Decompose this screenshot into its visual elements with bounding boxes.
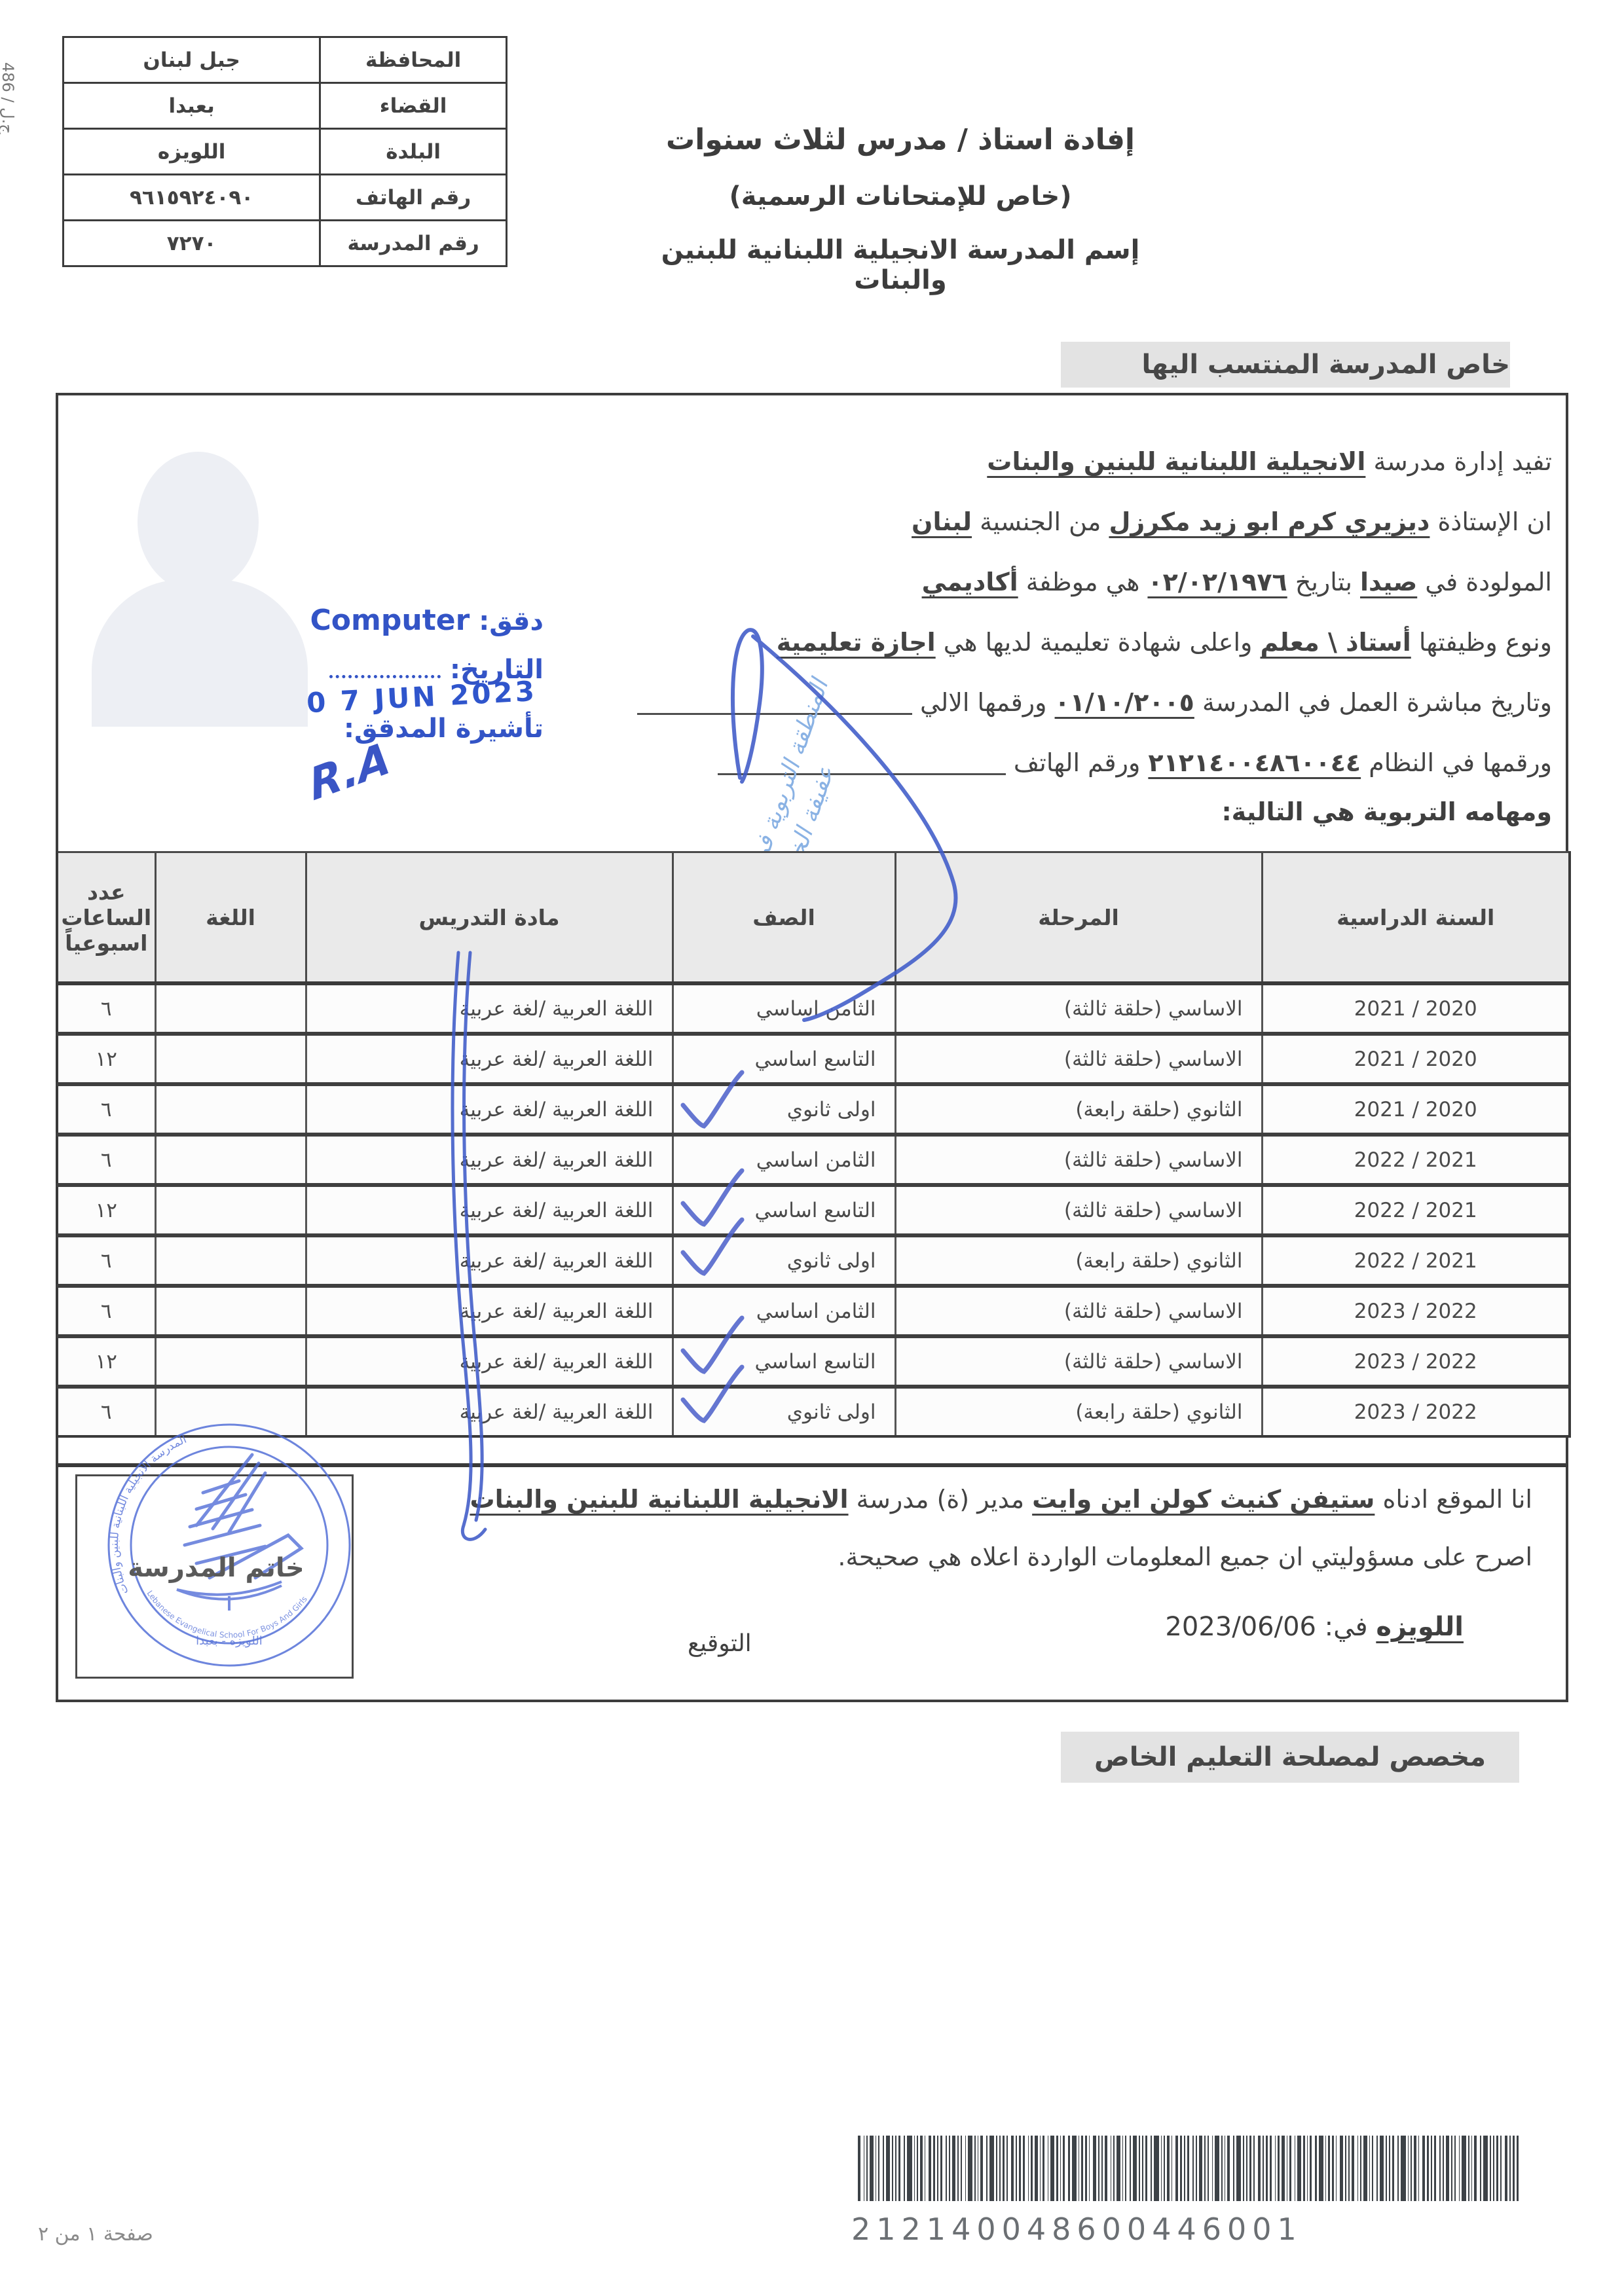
barcode-bar xyxy=(1048,2136,1048,2201)
barcode-bar xyxy=(1101,2136,1103,2201)
body-text: بتاريخ xyxy=(1287,568,1360,596)
duty-stage: الاساسي (حلقة ثالثة) xyxy=(895,1034,1262,1084)
barcode-bar xyxy=(940,2136,942,2201)
barcode-bar xyxy=(1011,2136,1014,2201)
duty-stage: الثانوي (حلقة رابعة) xyxy=(895,1387,1262,1436)
barcode-bar xyxy=(1161,2136,1162,2201)
barcode-bar xyxy=(1462,2136,1466,2201)
page-title: إفادة استاذ / مدرس لثلاث سنوات xyxy=(638,123,1162,156)
barcode-bar xyxy=(1459,2136,1460,2201)
barcode-bar xyxy=(1212,2136,1213,2201)
barcode-bar xyxy=(1418,2136,1419,2201)
barcode-bar xyxy=(1060,2136,1061,2201)
duties-table: السنة الدراسية المرحلة الصف مادة التدريس… xyxy=(56,851,1571,1438)
barcode-bar xyxy=(980,2136,983,2201)
duty-hours: ٦ xyxy=(57,1286,155,1336)
barcode-bar xyxy=(1500,2136,1502,2201)
col-grade: الصف xyxy=(673,852,895,984)
barcode-bar xyxy=(1376,2136,1378,2201)
barcode-bar xyxy=(946,2136,947,2201)
duty-grade: الثامن اساسي xyxy=(673,1135,895,1185)
col-subject: مادة التدريس xyxy=(306,852,673,984)
col-language: اللغة xyxy=(155,852,306,984)
barcode-bar xyxy=(1175,2136,1178,2201)
duty-year: 2020 / 2021 xyxy=(1262,983,1570,1034)
title-block: إفادة استاذ / مدرس لثلاث سنوات (خاص للإم… xyxy=(638,123,1162,295)
barcode-bar xyxy=(1483,2136,1488,2201)
duty-stage: الاساسي (حلقة ثالثة) xyxy=(895,1286,1262,1336)
phone-blank xyxy=(718,746,1006,775)
barcode-bar xyxy=(961,2136,962,2201)
scanned-document-page: { "info_table": { "rows": [ {"label": "ا… xyxy=(0,0,1624,2296)
barcode-bar xyxy=(1105,2136,1107,2201)
barcode-bar xyxy=(1246,2136,1247,2201)
body-text: المولودة في xyxy=(1417,568,1552,596)
duty-stage: الاساسي (حلقة ثالثة) xyxy=(895,1336,1262,1387)
barcode-bar xyxy=(1360,2136,1361,2201)
barcode-bar xyxy=(1116,2136,1120,2201)
barcode-bar xyxy=(1113,2136,1115,2201)
barcode-bar xyxy=(1263,2136,1264,2201)
col-year: السنة الدراسية xyxy=(1262,852,1570,984)
district-label: القضاء xyxy=(320,83,507,129)
barcode-bar xyxy=(1454,2136,1456,2201)
barcode-bar xyxy=(1145,2136,1147,2201)
barcode-bar xyxy=(1208,2136,1209,2201)
body-text: ونوع وظيفتها xyxy=(1411,628,1552,657)
duty-hours: ١٢ xyxy=(57,1034,155,1084)
barcode-bar xyxy=(1043,2136,1044,2201)
barcode-bar xyxy=(1035,2136,1038,2201)
barcode-bar xyxy=(1167,2136,1170,2201)
duty-subject: اللغة العربية /لغة عربية xyxy=(306,1235,673,1286)
duty-stage: الاساسي (حلقة ثالثة) xyxy=(895,1135,1262,1185)
barcode-bar xyxy=(1345,2136,1346,2201)
barcode-bar xyxy=(1380,2136,1384,2201)
school-name-value: الانجيلية اللبنانية للبنين والبنات xyxy=(987,447,1365,476)
barcode-bar xyxy=(1172,2136,1172,2201)
barcode xyxy=(858,2136,1526,2201)
col-hours: عدد الساعات اسبوعياً xyxy=(57,852,155,984)
duty-row: 2022 / 2023الاساسي (حلقة ثالثة)الثامن اس… xyxy=(57,1286,1570,1336)
barcode-bar xyxy=(1125,2136,1126,2201)
barcode-bar xyxy=(1386,2136,1387,2201)
barcode-bar xyxy=(1081,2136,1083,2201)
page-number: صفحة ١ من ٢ xyxy=(38,2223,153,2246)
barcode-bar xyxy=(1023,2136,1025,2201)
barcode-bar xyxy=(1389,2136,1390,2201)
barcode-bar xyxy=(1199,2136,1202,2201)
barcode-bar xyxy=(1517,2136,1519,2201)
barcode-bar xyxy=(1372,2136,1373,2201)
duty-year: 2020 / 2021 xyxy=(1262,1084,1570,1135)
start-date-value: ٠١/١٠/٢٠٠٥ xyxy=(1055,688,1194,717)
decl-school-name: الانجيلية اللبنانية للبنين والبنات xyxy=(470,1485,848,1514)
barcode-bar xyxy=(1509,2136,1511,2201)
duty-subject: اللغة العربية /لغة عربية xyxy=(306,1185,673,1235)
barcode-bar xyxy=(1289,2136,1291,2201)
duty-language xyxy=(155,1084,306,1135)
barcode-bar xyxy=(1397,2136,1399,2201)
barcode-bar xyxy=(1480,2136,1481,2201)
barcode-bar xyxy=(1369,2136,1370,2201)
barcode-bar xyxy=(1031,2136,1033,2201)
barcode-bar xyxy=(1258,2136,1261,2201)
duty-grade: الثامن اساسي xyxy=(673,983,895,1034)
barcode-bar xyxy=(1221,2136,1223,2201)
duty-subject: اللغة العربية /لغة عربية xyxy=(306,1387,673,1436)
duty-grade: التاسع اساسي xyxy=(673,1034,895,1084)
duty-subject: اللغة العربية /لغة عربية xyxy=(306,1286,673,1336)
declaration-date: اللويزه في: 2023/06/06 xyxy=(1165,1612,1464,1642)
barcode-bar xyxy=(1451,2136,1452,2201)
barcode-bar xyxy=(996,2136,997,2201)
barcode-bar xyxy=(1303,2136,1305,2201)
duty-language xyxy=(155,1185,306,1235)
barcode-bar xyxy=(1227,2136,1230,2201)
allocation-note: مخصص لمصلحة التعليم الخاص xyxy=(1061,1732,1519,1783)
duty-year: 2022 / 2023 xyxy=(1262,1336,1570,1387)
duty-year: 2022 / 2023 xyxy=(1262,1286,1570,1336)
barcode-bar xyxy=(1392,2136,1394,2201)
barcode-bar xyxy=(1063,2136,1065,2201)
barcode-bar xyxy=(886,2136,890,2201)
barcode-bar xyxy=(1287,2136,1287,2201)
barcode-bar xyxy=(1336,2136,1337,2201)
duty-year: 2021 / 2022 xyxy=(1262,1135,1570,1185)
barcode-bar xyxy=(864,2136,864,2201)
barcode-bar xyxy=(1196,2136,1197,2201)
barcode-number: 212140048600446001 xyxy=(851,2212,1297,2247)
barcode-bar xyxy=(1422,2136,1425,2201)
nationality-value: لبنان xyxy=(912,507,972,536)
margin-reference-code: 486 / ج.ل xyxy=(0,62,17,134)
barcode-bar xyxy=(866,2136,868,2201)
barcode-bar xyxy=(957,2136,959,2201)
section-heading: خاص المدرسة المنتسب اليها xyxy=(1061,342,1510,388)
barcode-bar xyxy=(1357,2136,1358,2201)
school-number-value: ٧٢٧٠ xyxy=(64,221,320,266)
barcode-bar xyxy=(1187,2136,1189,2201)
duty-hours: ٦ xyxy=(57,1235,155,1286)
barcode-bar xyxy=(1006,2136,1008,2201)
barcode-bar xyxy=(1282,2136,1285,2201)
duty-subject: اللغة العربية /لغة عربية xyxy=(306,1336,673,1387)
duty-hours: ١٢ xyxy=(57,1185,155,1235)
barcode-bar xyxy=(1513,2136,1515,2201)
admin-info-table: المحافظة جبل لبنان القضاء بعبدا البلدة ا… xyxy=(62,36,507,267)
barcode-bar xyxy=(1079,2136,1079,2201)
barcode-bar xyxy=(978,2136,978,2201)
school-seal-stamp: المدرسة الانجيلية اللبنانية للبنين والبن… xyxy=(98,1414,360,1676)
duty-subject: اللغة العربية /لغة عربية xyxy=(306,1034,673,1084)
barcode-bar xyxy=(1236,2136,1241,2201)
barcode-bar xyxy=(1490,2136,1491,2201)
duty-hours: ١٢ xyxy=(57,1336,155,1387)
barcode-bar xyxy=(1431,2136,1432,2201)
barcode-bar xyxy=(1180,2136,1182,2201)
duty-language xyxy=(155,983,306,1034)
barcode-bar xyxy=(925,2136,925,2201)
barcode-bar xyxy=(1164,2136,1165,2201)
barcode-bar xyxy=(1270,2136,1272,2201)
barcode-bar xyxy=(965,2136,966,2201)
barcode-bar xyxy=(878,2136,879,2201)
verified-by-stamp: دقق: Computer xyxy=(310,604,544,637)
barcode-bar xyxy=(1468,2136,1469,2201)
barcode-bar xyxy=(1340,2136,1343,2201)
barcode-bar xyxy=(1133,2136,1137,2201)
barcode-bar xyxy=(1225,2136,1225,2201)
photo-placeholder-head xyxy=(138,452,259,592)
duty-stage: الاساسي (حلقة ثالثة) xyxy=(895,1185,1262,1235)
phone-value: ٩٦١٥٩٢٤٠٩٠ xyxy=(64,175,320,221)
barcode-bar xyxy=(1233,2136,1234,2201)
duty-stage: الثانوي (حلقة رابعة) xyxy=(895,1235,1262,1286)
duty-hours: ٦ xyxy=(57,983,155,1034)
duty-language xyxy=(155,1286,306,1336)
barcode-bar xyxy=(1139,2136,1140,2201)
table-row: البلدة اللويزه xyxy=(64,129,507,175)
barcode-bar xyxy=(1151,2136,1152,2201)
birthdate-value: ٠٢/٠٢/١٩٧٦ xyxy=(1147,568,1287,596)
barcode-bar xyxy=(1184,2136,1185,2201)
duty-year: 2020 / 2021 xyxy=(1262,1034,1570,1084)
duty-stage: الاساسي (حلقة ثالثة) xyxy=(895,983,1262,1034)
barcode-bar xyxy=(1443,2136,1444,2201)
barcode-bar xyxy=(1072,2136,1077,2201)
barcode-bar xyxy=(1056,2136,1058,2201)
barcode-bar xyxy=(907,2136,912,2201)
duty-grade: التاسع اساسي xyxy=(673,1185,895,1235)
barcode-bar xyxy=(1328,2136,1330,2201)
barcode-bar xyxy=(1427,2136,1429,2201)
barcode-bar xyxy=(1249,2136,1251,2201)
barcode-bar xyxy=(920,2136,923,2201)
body-text: واعلى شهادة تعليمية لديها هي xyxy=(936,628,1261,657)
barcode-bar xyxy=(1089,2136,1090,2201)
duty-grade: اولى ثانوي xyxy=(673,1387,895,1436)
job-type-value: أستاذ \ معلم xyxy=(1260,628,1411,657)
declaration-line-2: اصرح على مسؤوليتي ان جميع المعلومات الوا… xyxy=(838,1529,1532,1584)
barcode-bar xyxy=(1297,2136,1301,2201)
duty-row: 2020 / 2021الاساسي (حلقة ثالثة)الثامن اس… xyxy=(57,983,1570,1034)
barcode-bar xyxy=(974,2136,976,2201)
duty-grade: التاسع اساسي xyxy=(673,1336,895,1387)
body-text: تفيد إدارة مدرسة xyxy=(1365,447,1552,476)
barcode-bar xyxy=(1278,2136,1280,2201)
duty-row: 2021 / 2022الاساسي (حلقة ثالثة)الثامن اس… xyxy=(57,1135,1570,1185)
barcode-bar xyxy=(858,2136,860,2201)
body-text: ورقمها الالي xyxy=(912,688,1055,717)
barcode-bar xyxy=(1050,2136,1054,2201)
barcode-bar xyxy=(1348,2136,1350,2201)
barcode-bar xyxy=(1142,2136,1143,2201)
body-text: ورقم الهاتف xyxy=(1006,748,1149,777)
page-subtitle: (خاص للإمتحانات الرسمية) xyxy=(638,181,1162,211)
governorate-value: جبل لبنان xyxy=(64,37,320,83)
barcode-bar xyxy=(1243,2136,1244,2201)
duty-language xyxy=(155,1235,306,1286)
barcode-bar xyxy=(1215,2136,1219,2201)
barcode-bar xyxy=(1493,2136,1494,2201)
barcode-bar xyxy=(1408,2136,1409,2201)
barcode-bar xyxy=(1068,2136,1070,2201)
birthplace-value: صيدا xyxy=(1360,568,1417,596)
barcode-bar xyxy=(1098,2136,1099,2201)
teacher-name-value: ديزيري كرم ابو زيد مكرزل xyxy=(1109,507,1430,536)
decl-statement: اصرح على مسؤوليتي ان جميع المعلومات الوا… xyxy=(838,1542,1532,1571)
barcode-bar xyxy=(1085,2136,1087,2201)
barcode-bar xyxy=(1505,2136,1507,2201)
school-number-label: رقم المدرسة xyxy=(320,221,507,266)
duty-stage: الثانوي (حلقة رابعة) xyxy=(895,1084,1262,1135)
barcode-bar xyxy=(1319,2136,1323,2201)
photo-placeholder-shoulders xyxy=(92,579,308,727)
barcode-bar xyxy=(1434,2136,1436,2201)
barcode-bar xyxy=(1275,2136,1276,2201)
barcode-bar xyxy=(1204,2136,1206,2201)
town-value: اللويزه xyxy=(64,129,320,175)
body-text: من الجنسية xyxy=(972,507,1109,536)
barcode-bar xyxy=(1496,2136,1498,2201)
barcode-bar xyxy=(1363,2136,1367,2201)
table-row: القضاء بعبدا xyxy=(64,83,507,129)
decl-text: انا الموقع ادناه xyxy=(1375,1485,1532,1514)
body-text: هي موظفة xyxy=(1018,568,1148,596)
duty-row: 2022 / 2023الاساسي (حلقة ثالثة)التاسع اس… xyxy=(57,1336,1570,1387)
barcode-bar xyxy=(986,2136,987,2201)
barcode-bar xyxy=(1352,2136,1354,2201)
signature-label: التوقيع xyxy=(688,1630,752,1657)
barcode-bar xyxy=(1122,2136,1123,2201)
table-row: رقم الهاتف ٩٦١٥٩٢٤٠٩٠ xyxy=(64,175,507,221)
duty-hours: ٦ xyxy=(57,1135,155,1185)
barcode-bar xyxy=(870,2136,874,2201)
duty-row: 2021 / 2022الثانوي (حلقة رابعة)اولى ثانو… xyxy=(57,1235,1570,1286)
system-number-value: ٢١٢١٤٠٠٤٨٦٠٠٤٤ xyxy=(1148,748,1361,777)
verified-label: دقق: xyxy=(479,606,544,636)
barcode-bar xyxy=(1439,2136,1441,2201)
barcode-bar xyxy=(876,2136,876,2201)
barcode-bar xyxy=(949,2136,950,2201)
barcode-bar xyxy=(1003,2136,1005,2201)
duty-subject: اللغة العربية /لغة عربية xyxy=(306,983,673,1034)
barcode-bar xyxy=(1401,2136,1406,2201)
governorate-label: المحافظة xyxy=(320,37,507,83)
barcode-bar xyxy=(968,2136,972,2201)
duty-grade: اولى ثانوي xyxy=(673,1084,895,1135)
table-row: رقم المدرسة ٧٢٧٠ xyxy=(64,221,507,266)
duty-grade: الثامن اساسي xyxy=(673,1286,895,1336)
table-header-row: السنة الدراسية المرحلة الصف مادة التدريس… xyxy=(57,852,1570,984)
district-value: بعبدا xyxy=(64,83,320,129)
barcode-bar xyxy=(1307,2136,1308,2201)
seal-english-text: Lebanese Evangelical School For Boys And… xyxy=(145,1589,308,1640)
barcode-bar xyxy=(917,2136,918,2201)
place-value: اللويزه xyxy=(1376,1612,1464,1642)
barcode-bar xyxy=(904,2136,905,2201)
barcode-bar xyxy=(1332,2136,1334,2201)
body-line-teacher: ان الإستاذة ديزيري كرم ابو زيد مكرزل من … xyxy=(912,492,1552,551)
barcode-bar xyxy=(1414,2136,1416,2201)
barcode-bar xyxy=(929,2136,931,2201)
barcode-bar xyxy=(1111,2136,1111,2201)
barcode-bar xyxy=(1028,2136,1029,2201)
duty-year: 2021 / 2022 xyxy=(1262,1235,1570,1286)
barcode-bar xyxy=(1471,2136,1472,2201)
duty-language xyxy=(155,1034,306,1084)
barcode-bar xyxy=(1093,2136,1096,2201)
barcode-bar xyxy=(952,2136,955,2201)
barcode-bar xyxy=(933,2136,935,2201)
duty-year: 2022 / 2023 xyxy=(1262,1387,1570,1436)
duty-row: 2021 / 2022الاساسي (حلقة ثالثة)التاسع اس… xyxy=(57,1185,1570,1235)
barcode-bar xyxy=(1019,2136,1021,2201)
school-stamp-label: خاتم المدرسة xyxy=(98,1553,334,1583)
duty-year: 2021 / 2022 xyxy=(1262,1185,1570,1235)
body-text: ان الإستاذة xyxy=(1430,507,1552,536)
duty-subject: اللغة العربية /لغة عربية xyxy=(306,1084,673,1135)
town-label: البلدة xyxy=(320,129,507,175)
barcode-bar xyxy=(883,2136,884,2201)
barcode-bar xyxy=(1295,2136,1295,2201)
duty-language xyxy=(155,1135,306,1185)
body-line-school: تفيد إدارة مدرسة الانجيلية اللبنانية للب… xyxy=(987,432,1552,491)
dotted-leader xyxy=(329,655,441,678)
barcode-bar xyxy=(1310,2136,1312,2201)
barcode-bar xyxy=(1130,2136,1131,2201)
col-stage: المرحلة xyxy=(895,852,1262,984)
duty-row: 2020 / 2021الاساسي (حلقة ثالثة)التاسع اس… xyxy=(57,1034,1570,1084)
barcode-bar xyxy=(892,2136,893,2201)
school-name-title: إسم المدرسة الانجيلية اللبنانية للبنين و… xyxy=(638,235,1162,295)
decl-text: في: xyxy=(1316,1612,1376,1642)
barcode-bar xyxy=(1325,2136,1326,2201)
duty-language xyxy=(155,1336,306,1387)
barcode-bar xyxy=(1040,2136,1041,2201)
seal-place-text: اللويزه - بعبدا xyxy=(196,1634,263,1648)
body-line-birth: المولودة في صيدا بتاريخ ٠٢/٠٢/١٩٧٦ هي مو… xyxy=(922,553,1552,611)
barcode-bar xyxy=(1253,2136,1255,2201)
phone-label: رقم الهاتف xyxy=(320,175,507,221)
svg-text:Lebanese Evangelical School Fo: Lebanese Evangelical School For Boys And… xyxy=(145,1589,308,1640)
employee-type-value: أكاديمي xyxy=(922,568,1018,596)
duty-subject: اللغة العربية /لغة عربية xyxy=(306,1135,673,1185)
duties-heading: ومهامه التربوية هي التالية: xyxy=(1221,797,1552,826)
open-book-icon xyxy=(177,1582,282,1611)
body-text: ورقمها في النظام xyxy=(1361,748,1552,777)
principal-name-value: ستيفن كنيث كولن اين وايت xyxy=(1032,1485,1375,1514)
barcode-bar xyxy=(898,2136,900,2201)
decl-text: مدير (ة) مدرسة xyxy=(849,1485,1033,1514)
duty-grade: اولى ثانوي xyxy=(673,1235,895,1286)
duty-hours: ٦ xyxy=(57,1084,155,1135)
barcode-bar xyxy=(1474,2136,1477,2201)
date-value: 2023/06/06 xyxy=(1165,1612,1316,1642)
body-text: وتاريخ مباشرة العمل في المدرسة xyxy=(1194,688,1552,717)
barcode-bar xyxy=(937,2136,938,2201)
duty-row: 2020 / 2021الثانوي (حلقة رابعة)اولى ثانو… xyxy=(57,1084,1570,1135)
barcode-bar xyxy=(1411,2136,1412,2201)
barcode-bar xyxy=(999,2136,1001,2201)
body-line-job: ونوع وظيفتها أستاذ \ معلم واعلى شهادة تع… xyxy=(777,613,1552,672)
declaration-line-1: انا الموقع ادناه ستيفن كنيث كولن اين واي… xyxy=(470,1472,1532,1527)
barcode-bar xyxy=(914,2136,915,2201)
barcode-bar xyxy=(1266,2136,1268,2201)
barcode-bar xyxy=(1016,2136,1017,2201)
barcode-bar xyxy=(1192,2136,1194,2201)
